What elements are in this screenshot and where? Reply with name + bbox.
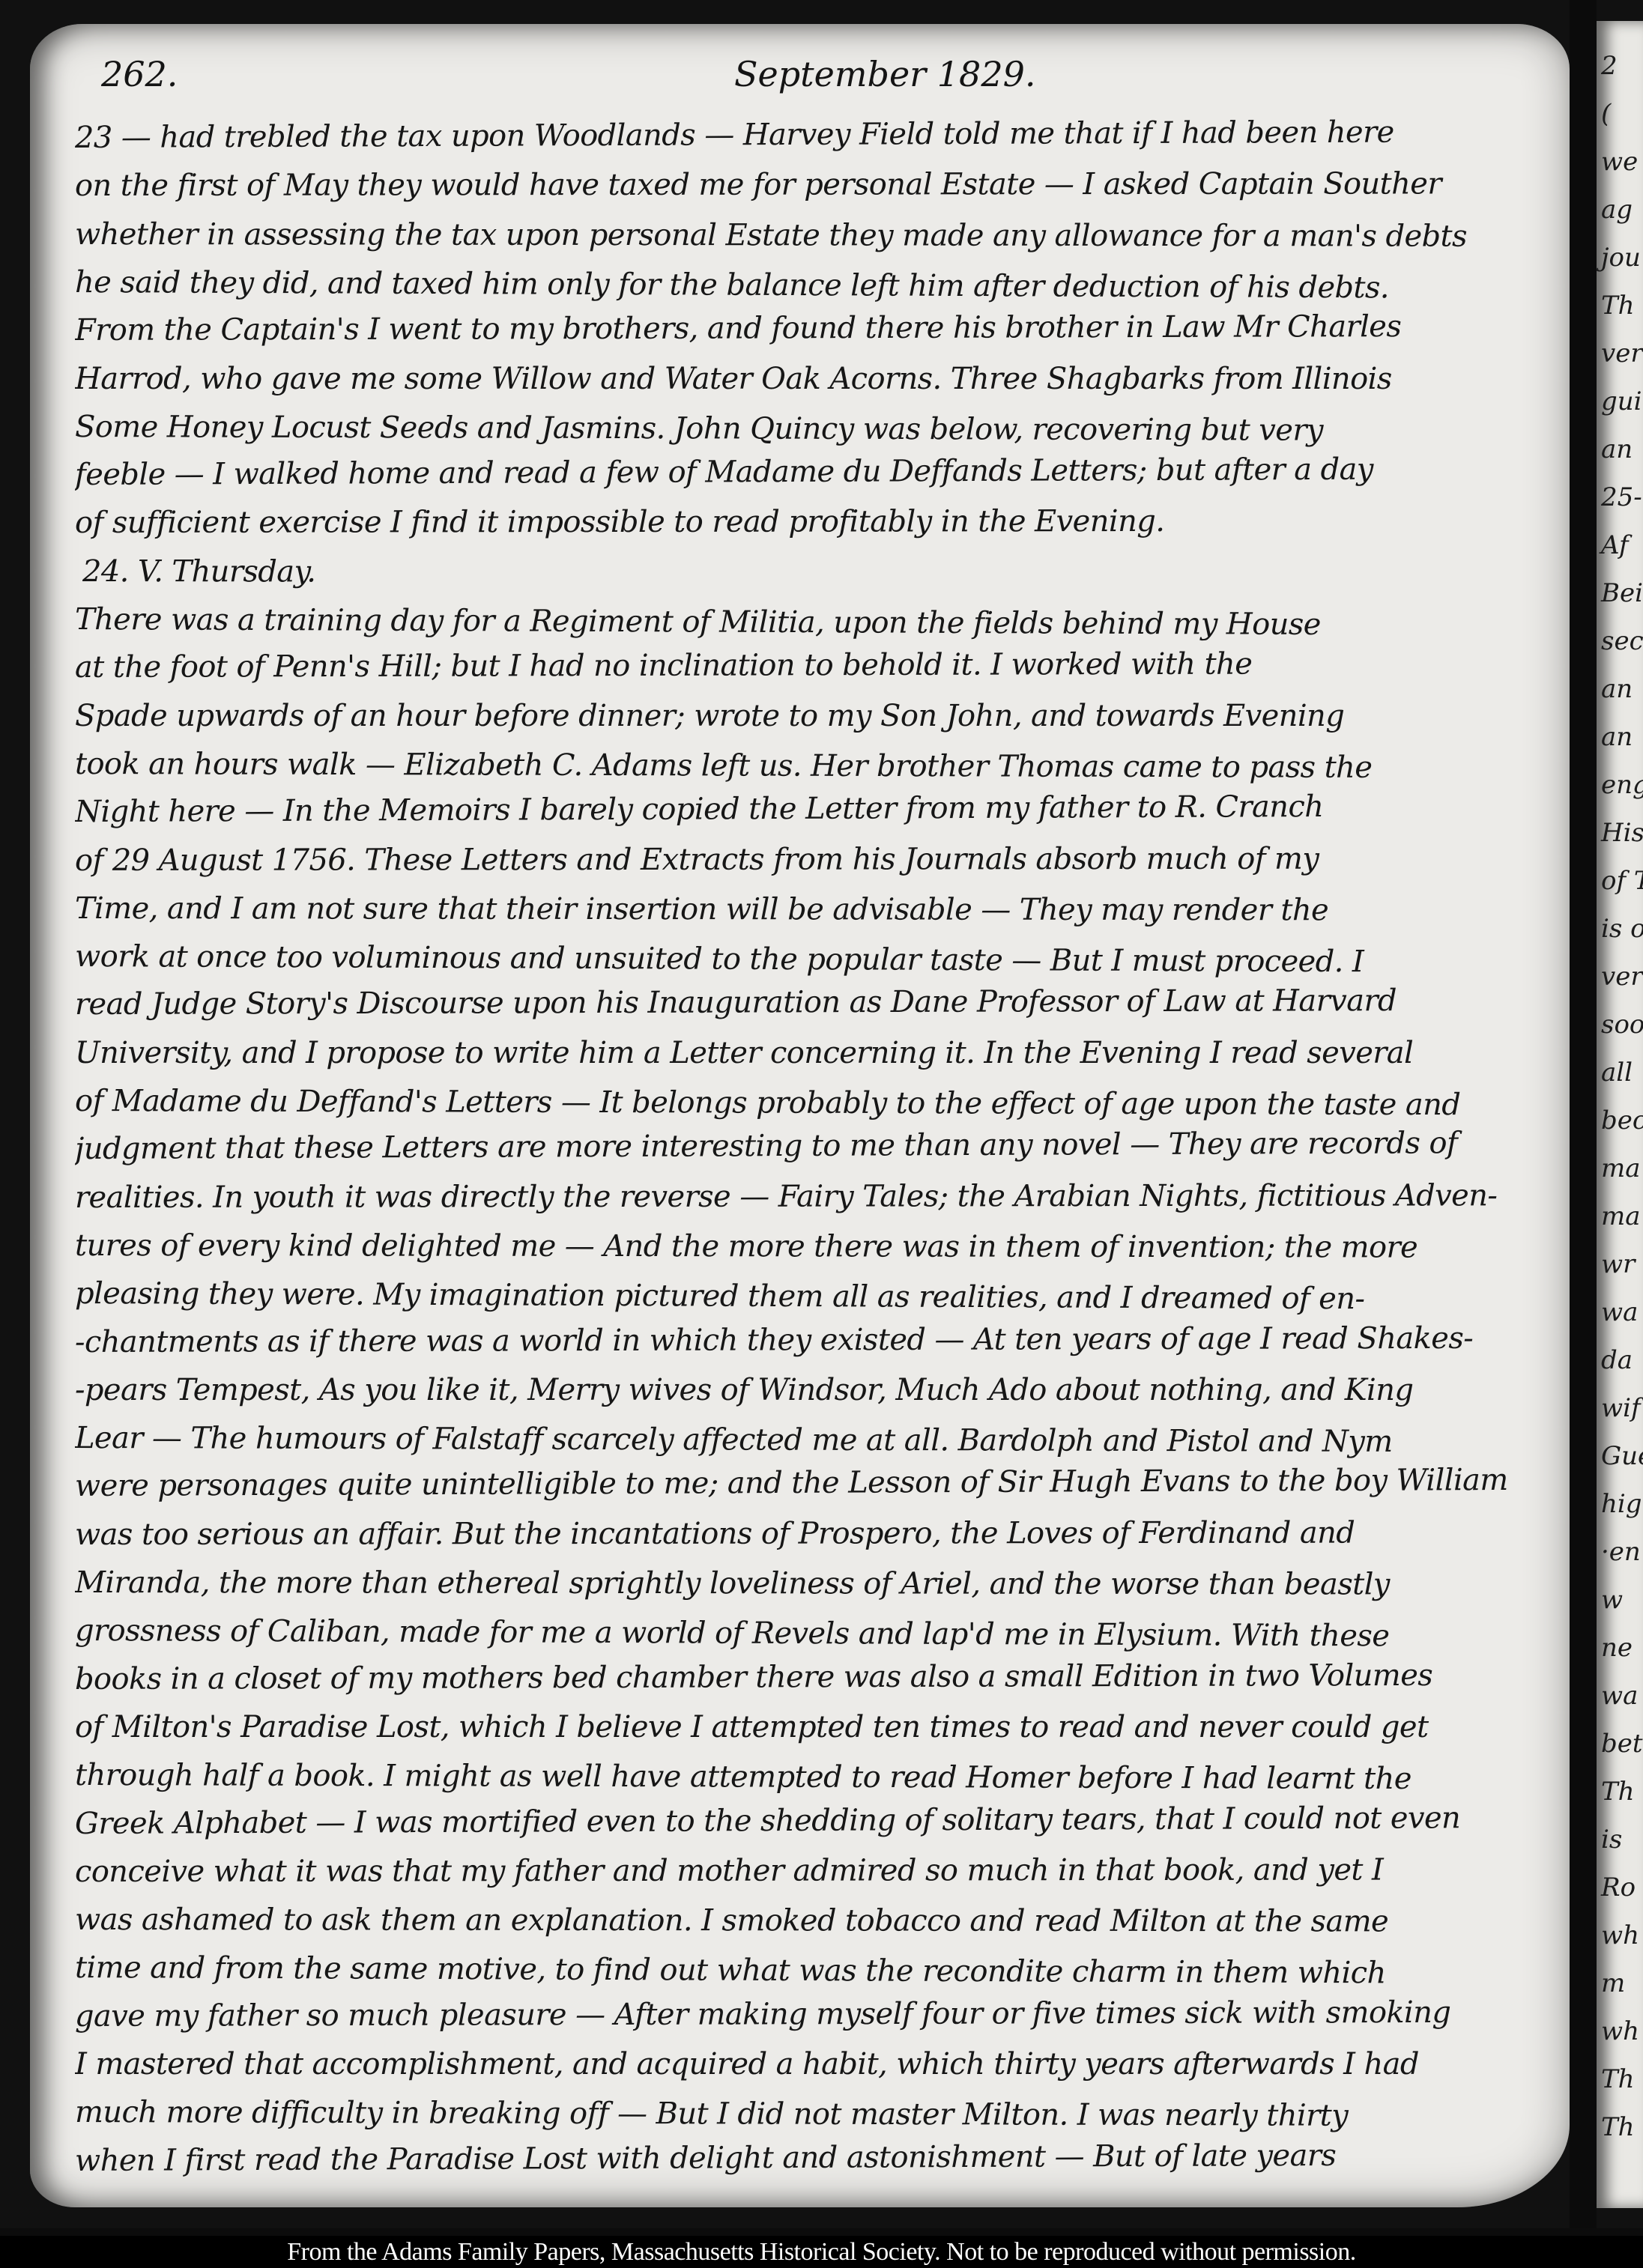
manuscript-line: Some Honey Locust Seeds and Jasmins. Joh… (75, 404, 1543, 453)
manuscript-line: when I first read the Paradise Lost with… (75, 2132, 1543, 2183)
facing-page-text-fragment: is ob (1601, 914, 1643, 944)
facing-page-text-fragment: sec (1601, 626, 1643, 656)
facing-page-text-fragment: da (1601, 1345, 1633, 1375)
manuscript-line: University, and I propose to write him a… (75, 1031, 1543, 1076)
manuscript-line: -pears Tempest, As you like it, Merry wi… (75, 1368, 1543, 1413)
facing-page-text-fragment: ne (1601, 1633, 1633, 1663)
manuscript-line: Lear — The humours of Falstaff scarcely … (75, 1416, 1543, 1464)
facing-page-text-fragment: wr (1601, 1249, 1635, 1279)
manuscript-line: much more difficulty in breaking off — B… (75, 2090, 1543, 2138)
facing-page-text-fragment: ver (1601, 962, 1643, 992)
manuscript-line: of Madame du Deffand's Letters — It belo… (75, 1079, 1543, 1127)
book-gutter (1570, 0, 1597, 2228)
copyright-caption-bar: From the Adams Family Papers, Massachuse… (0, 2236, 1643, 2268)
facing-page-text-fragment: wif (1601, 1393, 1641, 1423)
facing-page-text-fragment: m (1601, 1968, 1625, 1998)
manuscript-line: Time, and I am not sure that their inser… (75, 886, 1543, 933)
manuscript-line: of 29 August 1756. These Letters and Ext… (75, 836, 1543, 883)
manuscript-line: conceive what it was that my father and … (75, 1847, 1543, 1894)
manuscript-line: There was a training day for a Regiment … (75, 597, 1543, 648)
manuscript-line: of Milton's Paradise Lost, which I belie… (75, 1705, 1543, 1750)
manuscript-line: was ashamed to ask them an explanation. … (75, 1897, 1543, 1944)
page-header: 262. September 1829. (30, 54, 1570, 114)
manuscript-line: judgment that these Letters are more int… (75, 1121, 1543, 1171)
manuscript-line: was too serious an affair. But the incan… (75, 1510, 1543, 1557)
facing-page-text-fragment: w (1601, 1585, 1623, 1615)
facing-page-text-fragment: an (1601, 674, 1633, 704)
facing-page-text-fragment: an (1601, 434, 1633, 464)
manuscript-line: took an hours walk — Elizabeth C. Adams … (75, 742, 1543, 790)
manuscript-line: grossness of Caliban, made for me a worl… (75, 1608, 1543, 1659)
facing-page-text-fragment: ma (1601, 1201, 1641, 1231)
manuscript-line: 23 — had trebled the tax upon Woodlands … (75, 109, 1543, 160)
facing-page-text-fragment: hig (1601, 1489, 1642, 1519)
manuscript-line: -chantments as if there was a world in w… (75, 1315, 1543, 1364)
page-number: 262. (101, 54, 178, 94)
facing-page-text-fragment: Af (1601, 530, 1629, 560)
facing-page-text-fragment: ag (1601, 195, 1633, 225)
facing-page-text-fragment: Th (1601, 1777, 1635, 1807)
manuscript-line: From the Captain's I went to my brothers… (75, 304, 1543, 353)
manuscript-line: gave my father so much pleasure — After … (75, 1989, 1543, 2038)
facing-page-text-fragment: Th (1601, 2064, 1635, 2094)
facing-page-text-fragment: Bei (1601, 578, 1643, 608)
manuscript-line: Spade upwards of an hour before dinner; … (75, 694, 1543, 739)
manuscript-page: 262. September 1829. 23 — had trebled th… (30, 24, 1570, 2207)
facing-page-text-fragment: ( (1601, 99, 1611, 129)
facing-page-text-fragment: ver (1601, 339, 1643, 369)
manuscript-line: books in a closet of my mothers bed cham… (75, 1652, 1543, 1701)
page-date-heading: September 1829. (734, 54, 1035, 94)
facing-page-text-fragment: Th (1601, 291, 1635, 321)
facing-page-text-fragment: Th (1601, 2112, 1635, 2142)
manuscript-line: Miranda, the more than ethereal sprightl… (75, 1560, 1543, 1607)
facing-page-text-fragment: ·en (1601, 1537, 1641, 1567)
manuscript-line: 24. V. Thursday. (82, 549, 1551, 596)
facing-page-text-fragment: an (1601, 722, 1633, 752)
facing-page-text-fragment: gui (1601, 386, 1642, 416)
manuscript-line: were personages quite unintelligible to … (75, 1458, 1543, 1509)
facing-page-text-fragment: soon (1601, 1010, 1643, 1040)
facing-page-text-fragment: wh (1601, 1920, 1639, 1950)
manuscript-line: read Judge Story's Discourse upon his In… (75, 978, 1543, 1027)
copyright-caption: From the Adams Family Papers, Massachuse… (287, 2238, 1355, 2266)
facing-page-text-fragment: we (1601, 147, 1638, 177)
manuscript-line: whether in assessing the tax upon person… (75, 212, 1543, 259)
manuscript-line: through half a book. I might as well hav… (75, 1753, 1543, 1801)
manuscript-line: he said they did, and taxed him only for… (75, 260, 1543, 311)
facing-page-text-fragment: of Th (1601, 866, 1643, 896)
manuscript-line: tures of every kind delighted me — And t… (75, 1223, 1543, 1270)
facing-page-text-fragment: His (1601, 818, 1643, 848)
manuscript-line: feeble — I walked home and read a few of… (75, 446, 1543, 497)
facing-page-text-fragment: beca (1601, 1106, 1643, 1135)
facing-page-text-fragment: bet (1601, 1729, 1643, 1759)
facing-page-text-fragment: ma (1601, 1153, 1641, 1183)
facing-page-fragment: 2( weagjouThverguian25-AfBeisecananengHi… (1597, 21, 1643, 2208)
manuscript-line: on the first of May they would have taxe… (75, 162, 1543, 209)
facing-page-text-fragment: 25- (1601, 482, 1642, 512)
manuscript-line: Night here — In the Memoirs I barely cop… (75, 783, 1543, 834)
facing-page-text-fragment: all (1601, 1058, 1633, 1088)
manuscript-line: pleasing they were. My imagination pictu… (75, 1271, 1543, 1322)
manuscript-line: Greek Alphabet — I was mortified even to… (75, 1795, 1543, 1846)
manuscript-line: time and from the same motive, to find o… (75, 1945, 1543, 1996)
manuscript-line: Harrod, who gave me some Willow and Wate… (75, 357, 1543, 401)
manuscript-line: at the foot of Penn's Hill; but I had no… (75, 641, 1543, 690)
facing-page-text-fragment: eng (1601, 770, 1643, 800)
facing-page-text-fragment: is (1601, 1825, 1622, 1855)
facing-page-text-fragment: Ro (1601, 1873, 1636, 1902)
manuscript-line: realities. In youth it was directly the … (75, 1173, 1543, 1220)
facing-page-text-fragment: wa (1601, 1681, 1638, 1711)
manuscript-line: work at once too voluminous and unsuited… (75, 934, 1543, 985)
facing-page-text-fragment: wh (1601, 2016, 1639, 2046)
facing-page-text-fragment: wa (1601, 1297, 1638, 1327)
facing-page-text-fragment: Gue (1601, 1441, 1643, 1471)
facing-page-text-fragment: 2 (1601, 51, 1618, 81)
manuscript-line: I mastered that accomplishment, and acqu… (75, 2042, 1543, 2087)
manuscript-line: of sufficient exercise I find it impossi… (75, 499, 1543, 546)
facing-page-text-fragment: jou (1601, 243, 1641, 273)
